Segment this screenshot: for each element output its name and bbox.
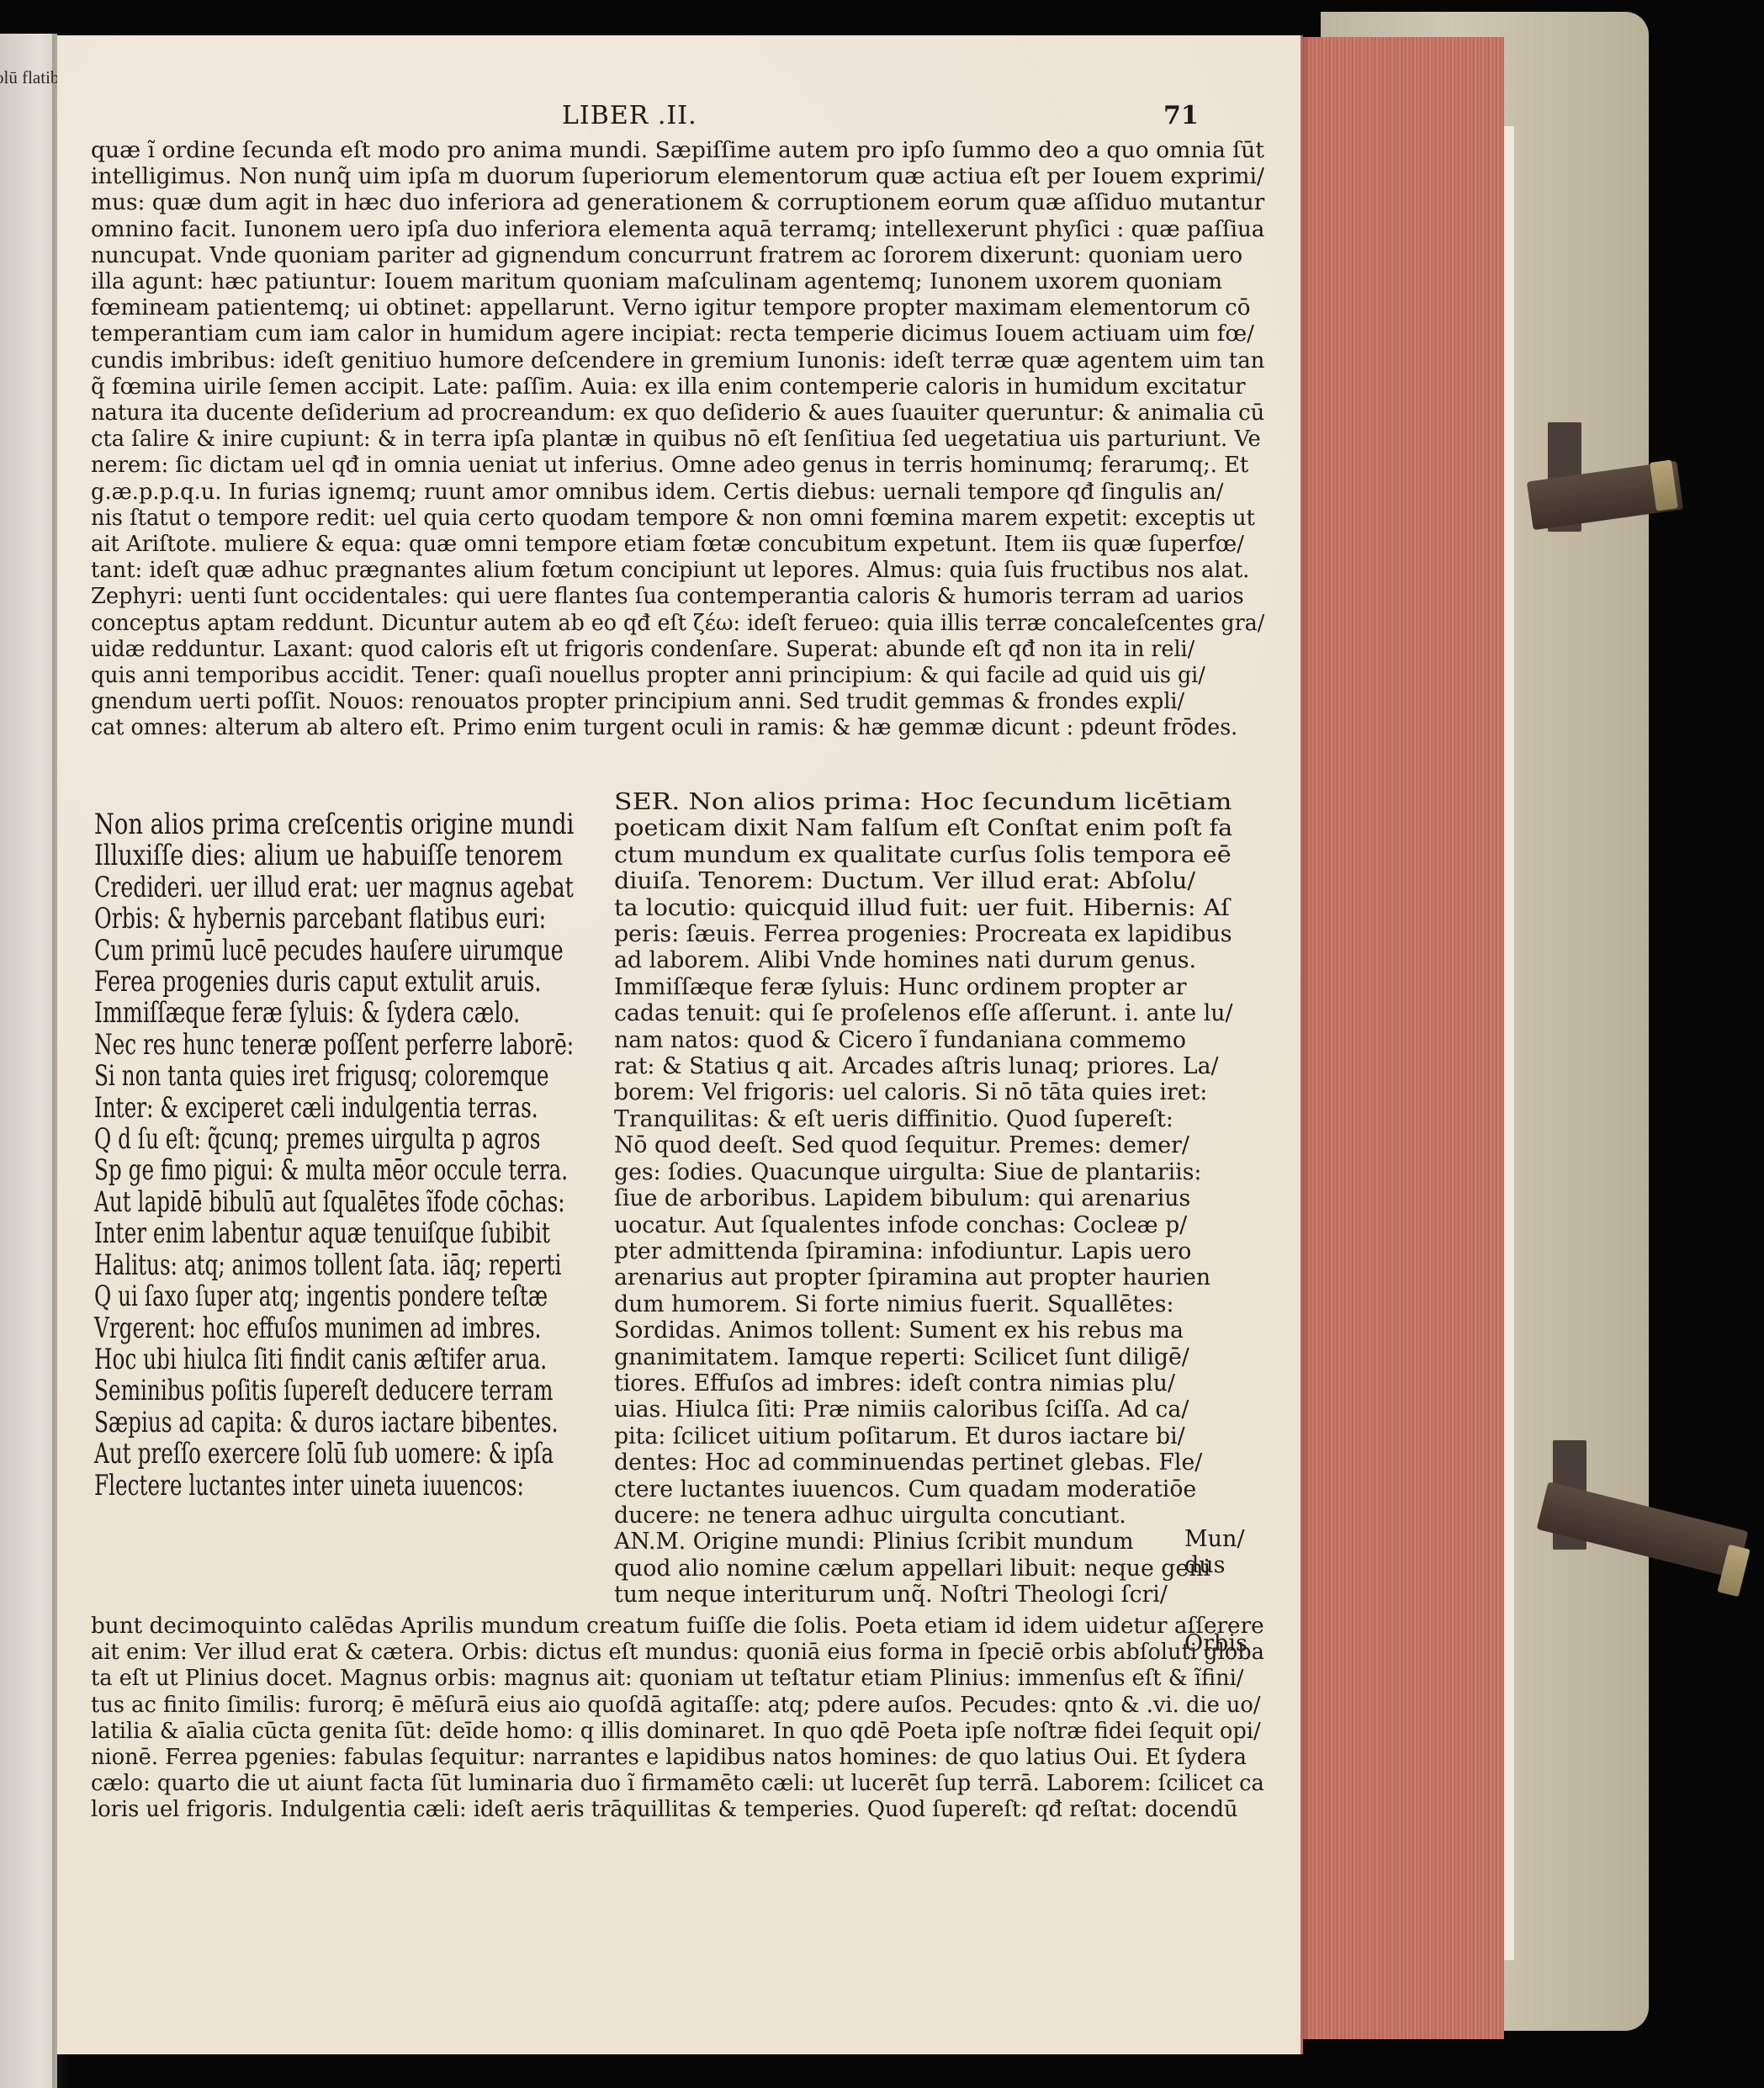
verse-line: Cum primū lucē pecudes hauſere uirumque	[94, 935, 584, 967]
commentary-line: tiores. Effuſos ad imbres: ideſt contra …	[614, 1370, 1232, 1396]
commentary-line: ducere: ne tenera adhuc uirgulta concuti…	[614, 1502, 1232, 1529]
commentary-line: cadas tenuit: qui ſe proſelenos eſſe aſſ…	[614, 1000, 1232, 1026]
commentary-line: Zephyri: uenti ſunt occidentales: qui ue…	[91, 584, 1284, 610]
commentary-line: nuncupat. Vnde quoniam pariter ad gignen…	[91, 243, 1302, 269]
commentary-line: q̃ fœmina uirile ſemen accipit. Late: pa…	[91, 374, 1295, 400]
commentary-line: temperantiam cum iam calor in humidum ag…	[91, 321, 1302, 347]
left-facing-page: olū flatibus aḡnidior ficciorq;planta tu…	[0, 34, 57, 2088]
commentary-line: latilia & aīalia cūcta genita ſūt: deīde…	[91, 1719, 1264, 1745]
commentary-line: uocatur. Aut ſqualentes infode conchas: …	[614, 1212, 1232, 1238]
verse-line: Credideri. uer illud erat: uer magnus ag…	[94, 872, 584, 904]
verse-line: Inter enim labentur aquæ tenuiſque ſubib…	[94, 1218, 574, 1249]
commentary-line: cta ſalire & inire cupiunt: & in terra i…	[91, 427, 1284, 453]
commentary-line: peris: ſæuis. Ferrea progenies: Procreat…	[614, 921, 1235, 947]
running-head: LIBER .II. 71	[57, 101, 1300, 135]
commentary-line: SER. Non alios prima: Hoc ſecundum licēt…	[614, 789, 1343, 815]
commentary-line: ad laborem. Alibi Vnde homines nati duru…	[614, 947, 1235, 973]
verse-line: Illuxiſſe dies: alium ue habuiſſe tenore…	[94, 840, 624, 872]
verse-line: Flectere luctantes inter uineta iuuencos…	[94, 1471, 574, 1502]
verse-line: Halitus: atq; animos tollent ſata. iāq; …	[94, 1250, 574, 1281]
commentary-line: ait enim: Ver illud erat & cætera. Orbis…	[91, 1640, 1264, 1666]
verse-line: Sp ge fimo pigui: & multa mēor occule te…	[94, 1155, 574, 1186]
commentary-line: illa agunt: hæc patiuntur: Iouem maritum…	[91, 269, 1302, 295]
commentary-line: gnendum uerti poſſit. Nouos: renouatos p…	[91, 689, 1264, 715]
verse-line: Ferea progenies duris caput extulit arui…	[94, 967, 584, 998]
margin-note-mundus-1: Mun/	[1184, 1526, 1245, 1552]
commentary-line: quis anni temporibus accidit. Tener: qua…	[91, 663, 1264, 689]
commentary-line: loris uel frigoris. Indulgentia cæli: id…	[91, 1797, 1264, 1823]
commentary-line: gnanimitatem. Iamque reperti: Scilicet ſ…	[614, 1344, 1232, 1370]
commentary-line: ta locutio: quicquid illud fuit: uer fui…	[614, 895, 1275, 921]
commentary-line: ſiue de arboribus. Lapidem bibulum: qui …	[614, 1185, 1232, 1211]
verse-line: Seminibus poſitis ſupereſt deducere terr…	[94, 1375, 574, 1407]
commentary-line: quæ ĩ ordine ſecunda eſt modo pro anima …	[91, 138, 1325, 164]
verse-line: Hoc ubi hiulca ſiti findit canis æſtifer…	[94, 1344, 574, 1375]
commentary-line: intelligimus. Non nunq̃ uim ipſa m duoru…	[91, 164, 1325, 190]
verse-line: Vrgerent: hoc effuſos munimen ad imbres.	[94, 1313, 574, 1344]
commentary-line: nam natos: quod & Cicero ĩ fundaniana co…	[614, 1027, 1232, 1053]
commentary-line: tum neque interiturum unq̃. Noſtri Theol…	[614, 1582, 1232, 1608]
commentary-line: nionē. Ferrea pgenies: fabulas ſequitur:…	[91, 1745, 1264, 1771]
verse-line: Aut preſſo exercere ſolū ſub uomere: & i…	[94, 1439, 574, 1470]
commentary-line: pter admittenda ſpiramina: infodiuntur. …	[614, 1238, 1232, 1264]
verse-line: Nec res hunc teneræ poſſent perferre lab…	[94, 1030, 574, 1061]
verse-line: Q ui ſaxo ſuper atq; ingentis pondere te…	[94, 1281, 574, 1312]
commentary-line: rat: & Statius q ait. Arcades aſtris lun…	[614, 1053, 1232, 1079]
verse-line: Q d ſu eſt: q̃cunq; premes uirgulta p ag…	[94, 1124, 574, 1155]
top-commentary-block: quæ ĩ ordine ſecunda eſt modo pro anima …	[91, 138, 1297, 742]
commentary-line: ges: ſodies. Quacunque uirgulta: Siue de…	[614, 1159, 1232, 1185]
commentary-line: quod alio nomine cælum appellari libuit:…	[614, 1555, 1232, 1582]
bottom-commentary-block: bunt decimoquinto calēdas Aprilis mundum…	[91, 1614, 1280, 1824]
commentary-line: tus ac finito ſimilis: furorq; ē mēſurā …	[91, 1693, 1264, 1719]
commentary-line: dum humorem. Si forte nimius fuerit. Squ…	[614, 1291, 1232, 1317]
commentary-line: bunt decimoquinto calēdas Aprilis mundum…	[91, 1614, 1292, 1640]
left-page-line: olū flatibus aḡ	[0, 67, 57, 87]
verse-line: Si non tanta quies iret frigusq; colorem…	[94, 1061, 574, 1092]
page-number: 71	[1163, 101, 1199, 130]
book-page: LIBER .II. 71 quæ ĩ ordine ſecunda eſt m…	[57, 35, 1303, 2054]
commentary-line: ctere luctantes iuuencos. Cum quadam mod…	[614, 1476, 1232, 1502]
commentary-line: conceptus aptam reddunt. Dicuntur autem …	[91, 611, 1264, 637]
margin-note-orbis: Orbis	[1184, 1630, 1248, 1656]
commentary-line: Nō quod deeſt. Sed quod ſequitur. Premes…	[614, 1132, 1232, 1158]
commentary-line: Sordidas. Animos tollent: Sument ex his …	[614, 1317, 1232, 1343]
margin-notes: Mun/ dus Orbis	[1184, 1526, 1245, 1578]
commentary-line: diuiſa. Tenorem: Ductum. Ver illud erat:…	[614, 868, 1275, 894]
commentary-line: ctum mundum ex qualitate curſus ſolis te…	[614, 842, 1275, 868]
verse-line: Aut lapidē bibulū aut ſqualētes ĩfode cō…	[94, 1187, 574, 1218]
commentary-line: arenarius aut propter ſpiramina aut prop…	[614, 1264, 1232, 1290]
verse-line: Immiſſæque feræ ſyluis: & ſydera cælo.	[94, 998, 584, 1029]
book-title-header: LIBER .II.	[562, 101, 697, 130]
right-commentary-block: SER. Non alios prima: Hoc ſecundum licēt…	[614, 789, 1239, 1608]
commentary-line: poeticam dixit Nam falſum eſt Conſtat en…	[614, 815, 1275, 841]
commentary-line: fœmineam patientemq; ui obtinet: appella…	[91, 295, 1302, 321]
commentary-line: ta eſt ut Plinius docet. Magnus orbis: m…	[91, 1666, 1264, 1692]
verse-line: Non alios prima creſcentis origine mundi	[94, 809, 624, 840]
commentary-line: AN.M. Origine mundi: Plinius ſcribit mun…	[614, 1529, 1232, 1555]
left-page-text: olū flatibus aḡnidior ficciorq;planta tu…	[0, 67, 57, 88]
commentary-line: tant: ideſt quæ adhuc prægnantes alium f…	[91, 558, 1284, 584]
verse-line: Orbis: & hybernis parcebant flatibus eur…	[94, 904, 584, 935]
commentary-line: Tranquilitas: & eſt ueris diffinitio. Qu…	[614, 1106, 1232, 1132]
commentary-line: cundis imbribus: ideſt genitiuo humore d…	[91, 348, 1295, 374]
verse-line: Sæpius ad capita: & duros iactare bibent…	[94, 1407, 574, 1439]
commentary-line: pita: ſcilicet uitium poſitarum. Et duro…	[614, 1423, 1232, 1449]
commentary-line: uidæ redduntur. Laxant: quod caloris eſt…	[91, 637, 1264, 663]
commentary-line: dentes: Hoc ad comminuendas pertinet gle…	[614, 1449, 1232, 1476]
commentary-line: uias. Hiulca ſiti: Præ nimiis caloribus …	[614, 1396, 1232, 1423]
commentary-line: mus: quæ dum agit in hæc duo inferiora a…	[91, 190, 1315, 216]
verse-line: Inter: & exciperet cæli indulgentia terr…	[94, 1093, 574, 1124]
commentary-line: nis ſtatut o tempore redit: uel quia cer…	[91, 506, 1284, 532]
commentary-line: g.æ.p.p.q.u. In furias ignemq; ruunt amo…	[91, 480, 1284, 506]
margin-note-mundus-2: dus	[1184, 1552, 1245, 1578]
commentary-line: borem: Vel frigoris: uel caloris. Si nō …	[614, 1079, 1232, 1105]
commentary-line: natura ita ducente deſiderium ad procrea…	[91, 400, 1284, 427]
commentary-line: nerem: ſic dictam uel qđ in omnia ueniat…	[91, 453, 1284, 479]
commentary-line: ait Ariſtote. muliere & equa: quæ omni t…	[91, 532, 1284, 558]
red-page-edges	[1295, 37, 1504, 2039]
commentary-line: cælo: quarto die ut aiunt facta ſūt lumi…	[91, 1771, 1264, 1797]
commentary-line: omnino facit. Iunonem uero ipſa duo infe…	[91, 217, 1302, 243]
commentary-line: Immiſſæque feræ ſyluis: Hunc ordinem pro…	[614, 974, 1235, 1000]
commentary-line: cat omnes: alterum ab altero eſt. Primo …	[91, 715, 1264, 741]
